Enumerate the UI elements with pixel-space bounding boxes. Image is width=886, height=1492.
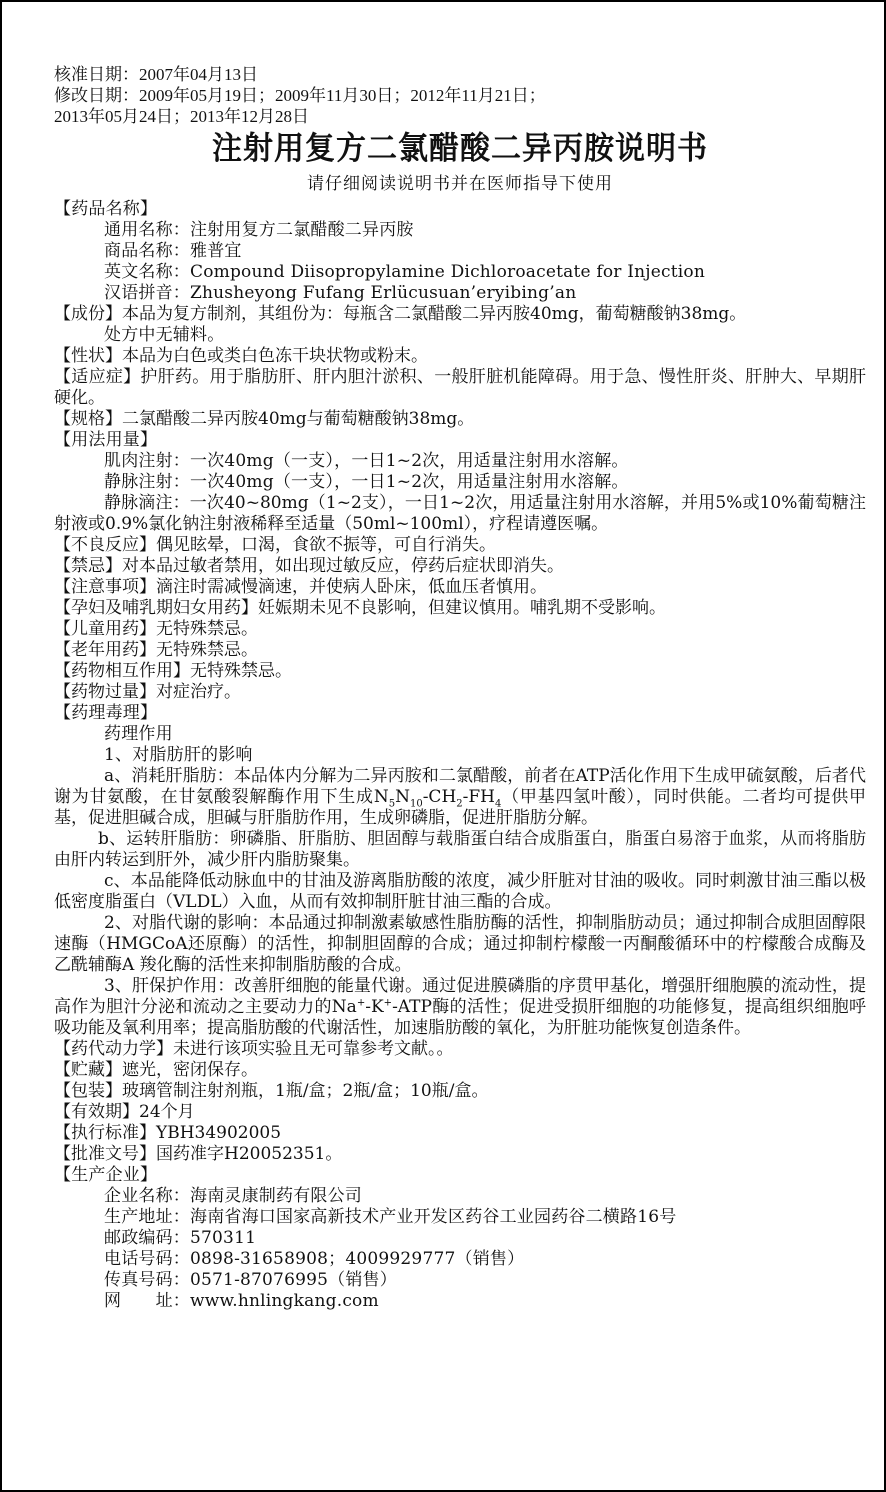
section-contraindications: 【禁忌】对本品过敏者禁用，如出现过敏反应，停药后症状即消失。	[54, 556, 866, 577]
manufacturer-postcode: 邮政编码：570311	[54, 1228, 866, 1249]
dosage-intravenous: 静脉注射：一次40mg（一支），一日1~2次，用适量注射用水溶解。	[54, 472, 866, 493]
revision-dates-line2: 2013年05月24日；2013年12月28日	[54, 106, 866, 127]
item3-text-2: -K	[365, 997, 383, 1017]
composition-note: 处方中无辅料。	[54, 325, 866, 346]
section-indications: 【适应症】护肝药。用于脂肪肝、肝内胆汁淤积、一般肝脏机能障碍。用于急、慢性肝炎、…	[54, 367, 866, 409]
section-specification: 【规格】二氯醋酸二异丙胺40mg与葡萄糖酸钠38mg。	[54, 409, 866, 430]
section-pregnancy: 【孕妇及哺乳期妇女用药】妊娠期未见不良影响，但建议慎用。哺乳期不受影响。	[54, 598, 866, 619]
section-geriatric: 【老年用药】无特殊禁忌。	[54, 640, 866, 661]
item1a-text-2: N	[395, 787, 410, 807]
document-title: 注射用复方二氯醋酸二异丙胺说明书	[54, 128, 866, 170]
revision-dates-line1: 2009年05月19日；2009年11月30日；2012年11月21日；	[139, 86, 546, 105]
section-precautions: 【注意事项】滴注时需减慢滴速，并使病人卧床，低血压者慎用。	[54, 577, 866, 598]
section-approval-number: 【批准文号】国药准字H20052351。	[54, 1144, 866, 1165]
pharmacology-item1a: a、消耗肝脂肪：本品体内分解为二异丙胺和二氯醋酸，前者在ATP活化作用下生成甲硫…	[54, 766, 866, 829]
pharmacology-item1c: c、本品能降低动脉血中的甘油及游离脂肪酸的浓度，减少肝脏对甘油的吸收。同时刺激甘…	[54, 871, 866, 913]
item1a-text-4: -FH	[463, 787, 495, 807]
english-name: 英文名称：Compound Diisopropylamine Dichloroa…	[54, 262, 866, 283]
section-pediatric: 【儿童用药】无特殊禁忌。	[54, 619, 866, 640]
manufacturer-website[interactable]: 网 址：www.hnlingkang.com	[54, 1291, 866, 1312]
manufacturer-fax: 传真号码：0571-87076995（销售）	[54, 1270, 866, 1291]
approval-date: 核准日期：2007年04月13日	[54, 64, 866, 85]
pharmacology-item1b: b、运转肝脂肪：卵磷脂、肝脂肪、胆固醇与载脂蛋白结合成脂蛋白，脂蛋白易溶于血浆，…	[54, 829, 866, 871]
section-description: 【性状】本品为白色或类白色冻干块状物或粉末。	[54, 346, 866, 367]
superscript: +	[357, 997, 365, 1008]
section-drug-name-heading: 【药品名称】	[54, 199, 866, 220]
section-storage: 【贮藏】遮光，密闭保存。	[54, 1060, 866, 1081]
approval-date-value: 2007年04月13日	[139, 65, 258, 84]
superscript: +	[384, 997, 392, 1008]
document-content: 核准日期：2007年04月13日 修改日期：2009年05月19日；2009年1…	[54, 64, 866, 1312]
dosage-drip: 静脉滴注：一次40~80mg（1~2支），一日1~2次，用适量注射用水溶解，并用…	[54, 493, 866, 535]
document-subtitle: 请仔细阅读说明书并在医师指导下使用	[54, 169, 866, 199]
section-composition: 【成份】本品为复方制剂，其组份为：每瓶含二氯醋酸二异丙胺40mg，葡萄糖酸钠38…	[54, 304, 866, 325]
dosage-intramuscular: 肌肉注射：一次40mg（一支），一日1~2次，用适量注射用水溶解。	[54, 451, 866, 472]
pharmacology-subheading: 药理作用	[54, 724, 866, 745]
manufacturer-phone: 电话号码：0898-31658908；4009929777（销售）	[54, 1249, 866, 1270]
section-adverse-reactions: 【不良反应】偶见眩晕，口渴，食欲不振等，可自行消失。	[54, 535, 866, 556]
approval-date-label: 核准日期：	[54, 65, 139, 84]
section-pharmacokinetics: 【药代动力学】未进行该项实验且无可靠参考文献。。	[54, 1039, 866, 1060]
pharmacology-item1-title: 1、对脂肪肝的影响	[54, 745, 866, 766]
revision-date-label: 修改日期：	[54, 86, 139, 105]
pharmacology-item2: 2、对脂代谢的影响：本品通过抑制激素敏感性脂肪酶的活性，抑制脂肪动员；通过抑制合…	[54, 913, 866, 976]
pinyin-name: 汉语拼音：Zhusheyong Fufang Erlücusuan’eryibi…	[54, 283, 866, 304]
trade-name: 商品名称：雅普宜	[54, 241, 866, 262]
section-manufacturer-heading: 【生产企业】	[54, 1165, 866, 1186]
section-validity: 【有效期】24个月	[54, 1102, 866, 1123]
revision-dates: 修改日期：2009年05月19日；2009年11月30日；2012年11月21日…	[54, 85, 866, 106]
manufacturer-address: 生产地址：海南省海口国家高新技术产业开发区药谷工业园药谷二横路16号	[54, 1207, 866, 1228]
pharmacology-item3: 3、肝保护作用：改善肝细胞的能量代谢。通过促进膜磷脂的序贯甲基化，增强肝细胞膜的…	[54, 976, 866, 1039]
manufacturer-name: 企业名称：海南灵康制药有限公司	[54, 1186, 866, 1207]
section-standard: 【执行标准】YBH34902005	[54, 1123, 866, 1144]
section-dosage-heading: 【用法用量】	[54, 430, 866, 451]
section-overdose: 【药物过量】对症治疗。	[54, 682, 866, 703]
generic-name: 通用名称：注射用复方二氯醋酸二异丙胺	[54, 220, 866, 241]
item1a-text-3: -CH	[423, 787, 457, 807]
document-page: 核准日期：2007年04月13日 修改日期：2009年05月19日；2009年1…	[0, 0, 886, 1492]
section-interactions: 【药物相互作用】无特殊禁忌。	[54, 661, 866, 682]
section-packaging: 【包装】玻璃管制注射剂瓶，1瓶/盒；2瓶/盒；10瓶/盒。	[54, 1081, 866, 1102]
section-pharmacology-heading: 【药理毒理】	[54, 703, 866, 724]
